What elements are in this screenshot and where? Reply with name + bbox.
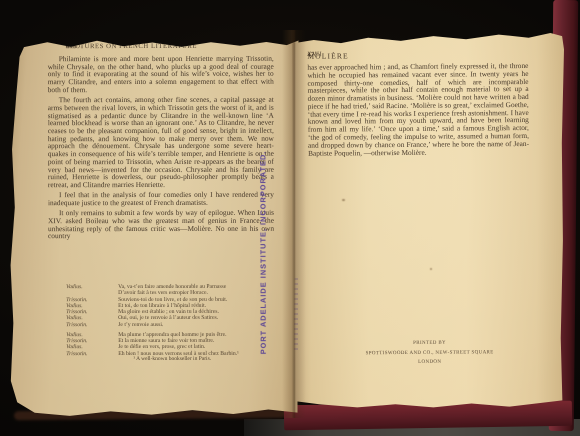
verse-speaker: Trissotin. [66,322,118,328]
left-page-content: 470 LECTURES ON FRENCH LITERATURE LECT. … [6,34,299,421]
verse-quotation: Vadius. Va, va-t’en faire amende honorab… [66,284,274,357]
verse-line: Je t’y renvoie aussi. [118,321,274,328]
right-running-header: XVII MOLIÈRE 471 [307,50,529,52]
verse-group-1: Vadius. Va, va-t’en faire amende honorab… [66,284,274,328]
book-photo: 470 LECTURES ON FRENCH LITERATURE LECT. … [0,0,580,436]
library-stamp: PORT ADELAIDE INSTITUTE, INCORPORATED. [258,194,269,354]
verse-row: Trissotin. Je t’y renvoie aussi. [66,321,274,328]
paragraph: It only remains to submit a few words by… [48,209,274,240]
paragraph: I feel that in the analysis of four come… [48,191,274,207]
paragraph: has ever approached him ; and, as Chamfo… [307,62,529,157]
left-running-title: LECTURES ON FRENCH LITERATURE [66,43,197,50]
paragraph: Philaminte is more and more bent upon He… [48,55,274,94]
right-page-number: 471 [307,52,317,59]
verse-group-2: Vadius. Ma plume t’apprendra quel homme … [66,332,274,357]
right-page: XVII MOLIÈRE 471 has ever approached him… [292,26,564,416]
foxing-speck [150,126,152,128]
foxing-speck [342,199,345,201]
left-header-abbrev: LECT. [66,43,83,49]
paragraph: The fourth act contains, among other fin… [48,96,274,189]
imprint-line: LONDON [320,357,540,368]
printer-imprint: PRINTED BY SPOTTISWOODE AND CO., NEW-STR… [320,338,540,368]
right-body-text: has ever approached him ; and, as Chamfo… [307,62,529,157]
left-page: 470 LECTURES ON FRENCH LITERATURE LECT. … [5,34,298,421]
foxing-speck [430,268,432,270]
footnote: ¹ A well-known bookseller in Paris. [82,356,262,362]
right-page-content: XVII MOLIÈRE 471 has ever approached him… [291,25,566,417]
left-body-text: Philaminte is more and more bent upon He… [48,55,274,243]
